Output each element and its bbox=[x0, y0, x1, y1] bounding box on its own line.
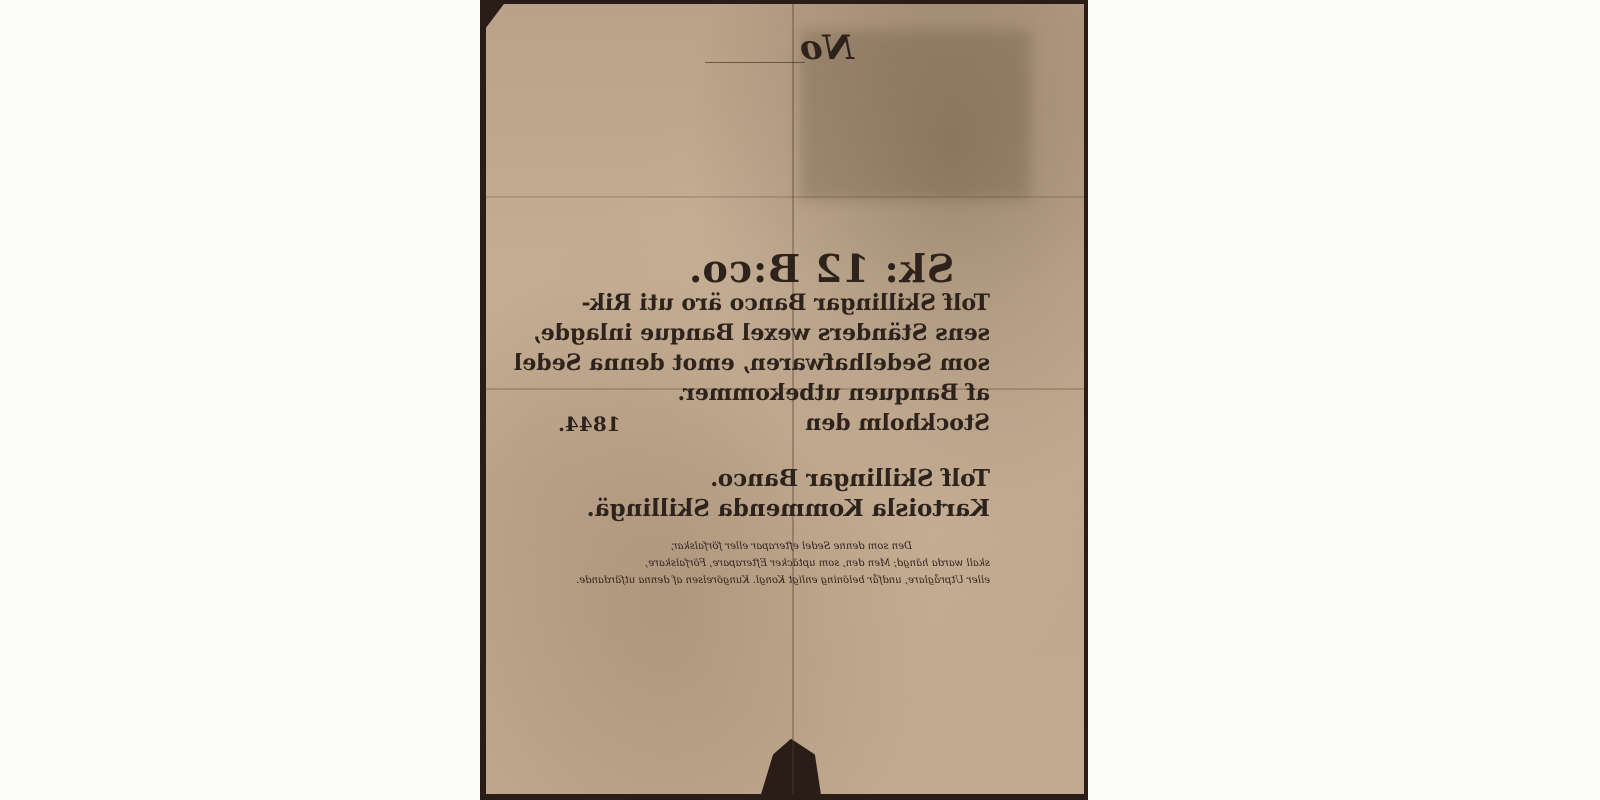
body-line: Tolf Skillingar Banco äro uti Rik- bbox=[556, 288, 990, 318]
note-body-text: Tolf Skillingar Banco äro uti Rik- sens … bbox=[556, 288, 990, 438]
body-line: Stockholm den bbox=[556, 408, 990, 438]
serial-underline bbox=[705, 62, 805, 63]
fold-line-horizontal-upper bbox=[486, 196, 1084, 198]
body-line: som Sedelhafwaren, emot denna Sedel bbox=[556, 348, 990, 378]
year: 1844. bbox=[558, 412, 621, 436]
amount-in-words: Tolf Skillingar Banco. Kartoisla Kommend… bbox=[626, 464, 990, 524]
fine-print-warning: Den som denne Sedel efterapar eller förf… bbox=[556, 538, 990, 589]
body-line: af Banquen utbekommer. bbox=[556, 378, 990, 408]
body-line: sens Ständers wexel Banque inlagde, bbox=[556, 318, 990, 348]
amount-line: Tolf Skillingar Banco. bbox=[626, 464, 990, 494]
fine-line: eller Utpråglare, undfår belöning enligt… bbox=[556, 572, 990, 589]
fine-line: skall warda hängd; Men den, som uptäcker… bbox=[556, 555, 990, 572]
fine-line: Den som denne Sedel efterapar eller förf… bbox=[556, 538, 990, 555]
number-mark: No bbox=[800, 28, 854, 68]
denomination: Sk: 12 B:co. bbox=[688, 246, 954, 291]
amount-line: Kartoisla Kommenda Skillingä. bbox=[626, 494, 990, 524]
